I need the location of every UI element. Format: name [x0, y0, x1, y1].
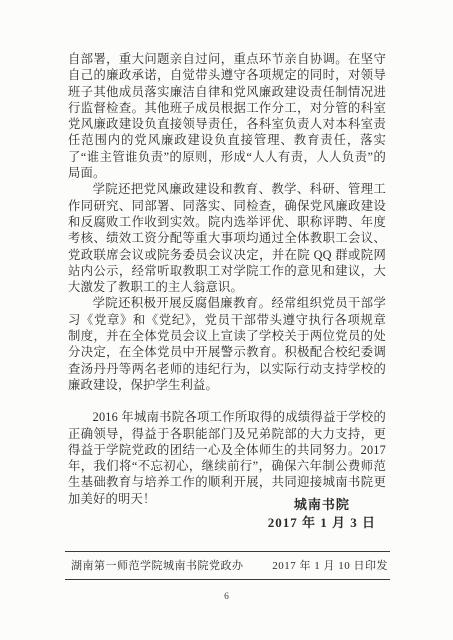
footer-issuer: 湖南第一师范学院城南书院党政办: [71, 557, 244, 573]
signature-block: 城南书院 2017 年 1 月 3 日: [268, 496, 376, 532]
footer-print-date: 2017 年 1 月 10 日印发: [272, 557, 388, 573]
page-number: 6: [0, 592, 453, 602]
document-page: 自部署，重大问题亲自过问，重点环节亲自协调。在坚守自己的廉政承诺，自觉带头遵守各…: [0, 0, 453, 640]
footer-row: 湖南第一师范学院城南书院党政办 2017 年 1 月 10 日印发: [65, 552, 390, 579]
signature-org: 城南书院: [268, 496, 376, 514]
footer: 湖南第一师范学院城南书院党政办 2017 年 1 月 10 日印发: [65, 551, 390, 580]
paragraph: 学院还积极开展反腐倡廉教育。经常组织党员干部学习《党章》和《党纪》，党员干部带头…: [68, 295, 386, 393]
document-body: 自部署，重大问题亲自过问，重点环节亲自协调。在坚守自己的廉政承诺，自觉带头遵守各…: [68, 51, 386, 507]
paragraph: 学院还把党风廉政建设和教育、教学、科研、管理工作同研究、同部署、同落实、同检查，…: [68, 181, 386, 295]
signature-date: 2017 年 1 月 3 日: [268, 514, 376, 532]
footer-bottom-rule: [65, 579, 390, 580]
paragraph-conclusion: 2016 年城南书院各项工作所取得的成绩得益于学校的正确领导，得益于各职能部门及…: [68, 409, 386, 507]
paragraph-continued: 自部署，重大问题亲自过问，重点环节亲自协调。在坚守自己的廉政承诺，自觉带头遵守各…: [68, 51, 386, 181]
